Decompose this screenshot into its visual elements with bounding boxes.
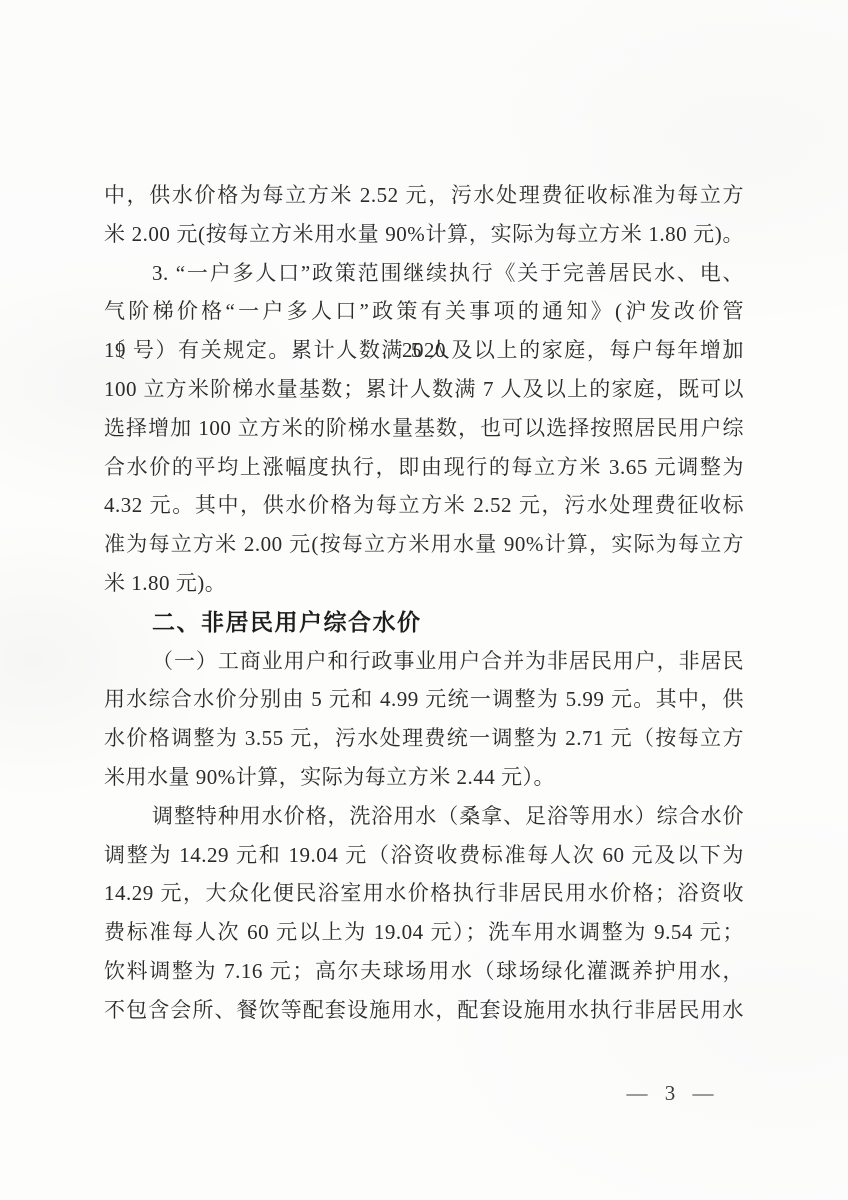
text-line: 选择增加 100 立方米的阶梯水量基数，也可以选择按照居民用户综 [104,409,744,448]
text-line: 饮料调整为 7.16 元；高尔夫球场用水（球场绿化灌溉养护用水， [104,952,744,991]
text-line: 3. “一户多人口”政策范围继续执行《关于完善居民水、电、 [104,254,744,293]
text-line: 米 2.00 元(按每立方米用水量 90%计算，实际为每立方米 1.80 元)。 [104,215,744,254]
text-line: （一）工商业用户和行政事业用户合并为非居民用户，非居民 [104,642,744,681]
text-line: 100 立方米阶梯水量基数；累计人数满 7 人及以上的家庭，既可以 [104,370,744,409]
text-line: 准为每立方米 2.00 元(按每立方米用水量 90%计算，实际为每立方 [104,525,744,564]
text-line: 14.29 元，大众化便民浴室用水价格执行非居民用水价格；浴资收 [104,874,744,913]
text-line: 气阶梯价格“一户多人口”政策有关事项的通知》(沪发改价管〔2020〕 [104,292,744,331]
text-line: 米 1.80 元)。 [104,564,744,603]
text-line: 用水综合水价分别由 5 元和 4.99 元统一调整为 5.99 元。其中，供 [104,680,744,719]
text-line: 不包含会所、餐饮等配套设施用水，配套设施用水执行非居民用水 [104,991,744,1030]
text-line: 米用水量 90%计算，实际为每立方米 2.44 元）。 [104,758,744,797]
text-line: 水价格调整为 3.55 元，污水处理费统一调整为 2.71 元（按每立方 [104,719,744,758]
document-body: 中，供水价格为每立方米 2.52 元，污水处理费征收标准为每立方米 2.00 元… [104,176,744,1030]
text-line: 调整为 14.29 元和 19.04 元（浴资收费标准每人次 60 元及以下为 [104,836,744,875]
document-page: { "doc": { "title_hint": "上海市水价调整文件 第3页"… [0,0,848,1200]
text-line: 合水价的平均上涨幅度执行，即由现行的每立方米 3.65 元调整为 [104,448,744,487]
page-number: — 3 — [618,1078,728,1108]
text-line: 调整特种用水价格，洗浴用水（桑拿、足浴等用水）综合水价 [104,797,744,836]
text-line: 4.32 元。其中，供水价格为每立方米 2.52 元，污水处理费征收标 [104,486,744,525]
text-line: 费标准每人次 60 元以上为 19.04 元）；洗车用水调整为 9.54 元； [104,913,744,952]
text-line: 中，供水价格为每立方米 2.52 元，污水处理费征收标准为每立方 [104,176,744,215]
section-heading: 二、非居民用户综合水价 [104,603,744,642]
text-line: 19 号）有关规定。累计人数满 5 人及以上的家庭，每户每年增加 [104,331,744,370]
